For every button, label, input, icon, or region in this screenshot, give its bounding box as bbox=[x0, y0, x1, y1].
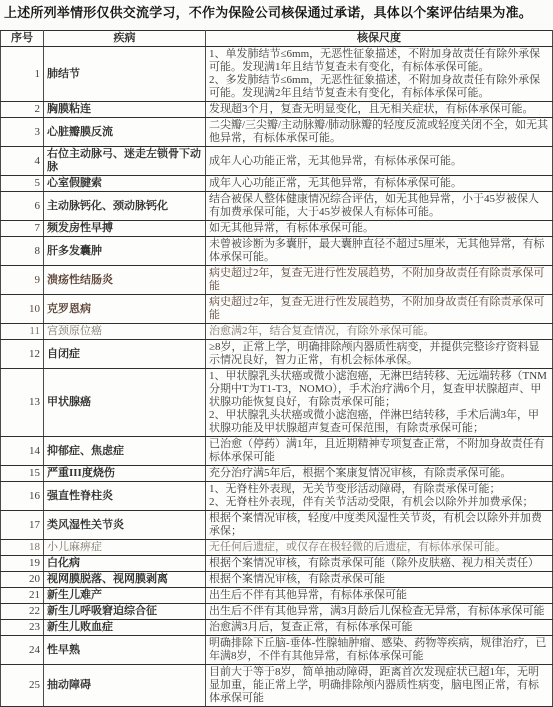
disease-name: 溃疡性结肠炎 bbox=[44, 266, 206, 295]
table-row: 4右位主动脉弓、迷走左锁骨下动脉成年人心功能正常，无其他异常，有标体承保可能。 bbox=[1, 147, 553, 176]
row-serial-number: 24 bbox=[1, 636, 44, 665]
underwriting-criteria: 病史超过2年，复查无进行性发展趋势，不附加身故责任有除责承保可能 bbox=[206, 266, 553, 295]
row-serial-number: 19 bbox=[1, 556, 44, 572]
row-serial-number: 15 bbox=[1, 466, 44, 482]
table-row: 17类风湿性关节炎根据个案情况审核，轻度/中度类风湿性关节炎，有机会以除外并加费… bbox=[1, 511, 553, 540]
disease-name: 强直性脊柱炎 bbox=[44, 482, 206, 511]
table-row: 14抑郁症、焦虑症已治愈（停药）满1年，且近期精神专项复查正常，不附加身故责任有… bbox=[1, 437, 553, 466]
table-row: 18小儿麻痹症无任何后遗症，或仅存在极轻微的后遗症，有标体承保可能。 bbox=[1, 540, 553, 556]
table-row: 1肺结节1、单发肺结节≤6mm，无恶性征象描述，不附加身故责任有除外承保可能。发… bbox=[1, 47, 553, 102]
underwriting-criteria: 充分治疗满5年后，根据个案康复情况审核，有除责承保可能。 bbox=[206, 466, 553, 482]
table-row: 19白化病根据个案情况审核，有除责承保可能（除外皮肤癌、视力相关责任） bbox=[1, 556, 553, 572]
disease-name: 新生儿败血症 bbox=[44, 620, 206, 636]
disease-name: 肝多发囊肿 bbox=[44, 237, 206, 266]
disease-name: 心室假腱索 bbox=[44, 176, 206, 192]
table-row: 13甲状腺癌1、甲状腺乳头状癌或微小滤泡癌，无淋巴结转移、无远端转移（TNM分期… bbox=[1, 369, 553, 437]
row-serial-number: 3 bbox=[1, 118, 44, 147]
underwriting-criteria: 根据个案情况审核，轻度/中度类风湿性关节炎，有机会以除外并加费承保； bbox=[206, 511, 553, 540]
underwriting-criteria: 发现超3个月，复查无明显变化，且无相关症状，有标体承保可能。 bbox=[206, 102, 553, 118]
disease-name: 宫颈原位癌 bbox=[44, 324, 206, 340]
underwriting-criteria: 已治愈（停药）满1年，且近期精神专项复查正常，不附加身故责任有标体承保可能 bbox=[206, 437, 553, 466]
underwriting-criteria: 如无其他异常，有标体承保可能。 bbox=[206, 221, 553, 237]
disease-name: 小儿麻痹症 bbox=[44, 540, 206, 556]
document-page: 上述所列举情形仅供交流学习，不作为保险公司核保通过承诺，具体以个案评估结果为准。… bbox=[0, 0, 553, 707]
row-serial-number: 17 bbox=[1, 511, 44, 540]
disease-name: 主动脉钙化、颈动脉钙化 bbox=[44, 192, 206, 221]
underwriting-criteria: 出生后不伴有其他异常，有标体承保可能 bbox=[206, 588, 553, 604]
underwriting-criteria: 根据个案情况审核，有除责承保可能（除外皮肤癌、视力相关责任） bbox=[206, 556, 553, 572]
table-row: 15严重III度烧伤充分治疗满5年后，根据个案康复情况审核，有除责承保可能。 bbox=[1, 466, 553, 482]
underwriting-criteria: 无任何后遗症，或仅存在极轻微的后遗症，有标体承保可能。 bbox=[206, 540, 553, 556]
table-header-row: 序号 疾病 核保尺度 bbox=[1, 31, 553, 47]
row-serial-number: 7 bbox=[1, 221, 44, 237]
table-row: 23新生儿败血症治愈满3月后，复查正常，有标体承保可能 bbox=[1, 620, 553, 636]
underwriting-criteria: 根据个案情况审核，有除责承保可能 bbox=[206, 572, 553, 588]
table-row: 10克罗恩病病史超过2年，复查无进行性发展趋势，不附加身故责任有除责承保可能 bbox=[1, 295, 553, 324]
table-row: 8肝多发囊肿未曾被诊断为多囊肝，最大囊肿直径不超过5厘米，无其他异常，有标体承保… bbox=[1, 237, 553, 266]
underwriting-criteria: 结合被保人整体健康情况综合评估，如无其他异常，小于45岁被保人有加费承保可能，大… bbox=[206, 192, 553, 221]
underwriting-criteria: 未曾被诊断为多囊肝，最大囊肿直径不超过5厘米，无其他异常，有标体承保可能。 bbox=[206, 237, 553, 266]
row-serial-number: 21 bbox=[1, 588, 44, 604]
disease-name: 克罗恩病 bbox=[44, 295, 206, 324]
row-serial-number: 10 bbox=[1, 295, 44, 324]
underwriting-criteria: 治愈满3月后，复查正常，有标体承保可能 bbox=[206, 620, 553, 636]
col-header-underwriting-criteria: 核保尺度 bbox=[206, 31, 553, 47]
row-serial-number: 23 bbox=[1, 620, 44, 636]
disease-name: 类风湿性关节炎 bbox=[44, 511, 206, 540]
disease-name: 频发房性早搏 bbox=[44, 221, 206, 237]
row-serial-number: 6 bbox=[1, 192, 44, 221]
row-serial-number: 9 bbox=[1, 266, 44, 295]
underwriting-criteria: 治愈满2年，结合复查情况，有除外承保可能。 bbox=[206, 324, 553, 340]
table-row: 7频发房性早搏如无其他异常，有标体承保可能。 bbox=[1, 221, 553, 237]
col-header-serial-number: 序号 bbox=[1, 31, 44, 47]
row-serial-number: 2 bbox=[1, 102, 44, 118]
disease-name: 新生儿难产 bbox=[44, 588, 206, 604]
disease-name: 心脏瓣膜反流 bbox=[44, 118, 206, 147]
table-row: 20视网膜脱落、视网膜剥离根据个案情况审核，有除责承保可能 bbox=[1, 572, 553, 588]
disease-name: 性早熟 bbox=[44, 636, 206, 665]
underwriting-table: 序号 疾病 核保尺度 1肺结节1、单发肺结节≤6mm，无恶性征象描述，不附加身故… bbox=[0, 30, 553, 707]
underwriting-criteria: 1、无脊柱外表现，无关节变形活动障碍，有除责承保可能； 2、无脊柱外表现，伴有关… bbox=[206, 482, 553, 511]
disease-name: 抑郁症、焦虑症 bbox=[44, 437, 206, 466]
table-row: 11宫颈原位癌治愈满2年，结合复查情况，有除外承保可能。 bbox=[1, 324, 553, 340]
disease-name: 胸膜粘连 bbox=[44, 102, 206, 118]
table-row: 24性早熟明确排除下丘脑-垂体-性腺轴肿瘤、感染、药物等疾病，规律治疗，已年满8… bbox=[1, 636, 553, 665]
row-serial-number: 25 bbox=[1, 665, 44, 707]
disease-name: 严重III度烧伤 bbox=[44, 466, 206, 482]
row-serial-number: 22 bbox=[1, 604, 44, 620]
underwriting-criteria: 病史超过2年，复查无进行性发展趋势，不附加身故责任有除责承保可能 bbox=[206, 295, 553, 324]
disease-name: 白化病 bbox=[44, 556, 206, 572]
col-header-disease: 疾病 bbox=[44, 31, 206, 47]
table-row: 12自闭症≥8岁，正常上学，明确排除颅内器质性病变，并提供完整诊疗资料显示情况良… bbox=[1, 340, 553, 369]
row-serial-number: 1 bbox=[1, 47, 44, 102]
row-serial-number: 11 bbox=[1, 324, 44, 340]
underwriting-criteria: 出生后不伴有其他异常，满3月龄后儿保检查无异常，有标体承保可能 bbox=[206, 604, 553, 620]
underwriting-criteria: 成年人心功能正常，无其他异常，有标体承保可能。 bbox=[206, 147, 553, 176]
disease-name: 自闭症 bbox=[44, 340, 206, 369]
underwriting-criteria: 1、甲状腺乳头状癌或微小滤泡癌，无淋巴结转移、无远端转移（TNM分期中T为T1-… bbox=[206, 369, 553, 437]
disease-name: 视网膜脱落、视网膜剥离 bbox=[44, 572, 206, 588]
disease-name: 抽动障碍 bbox=[44, 665, 206, 707]
disclaimer-title: 上述所列举情形仅供交流学习，不作为保险公司核保通过承诺，具体以个案评估结果为准。 bbox=[0, 0, 553, 21]
disease-name: 肺结节 bbox=[44, 47, 206, 102]
row-serial-number: 5 bbox=[1, 176, 44, 192]
table-row: 2胸膜粘连发现超3个月，复查无明显变化，且无相关症状，有标体承保可能。 bbox=[1, 102, 553, 118]
row-serial-number: 4 bbox=[1, 147, 44, 176]
disease-name: 甲状腺癌 bbox=[44, 369, 206, 437]
table-row: 21新生儿难产出生后不伴有其他异常，有标体承保可能 bbox=[1, 588, 553, 604]
row-serial-number: 18 bbox=[1, 540, 44, 556]
row-serial-number: 12 bbox=[1, 340, 44, 369]
underwriting-criteria: 成年人心功能正常，无其他异常，有标体承保可能。 bbox=[206, 176, 553, 192]
underwriting-criteria: 1、单发肺结节≤6mm，无恶性征象描述，不附加身故责任有除外承保可能。发现满1年… bbox=[206, 47, 553, 102]
table-row: 22新生儿呼吸窘迫综合征出生后不伴有其他异常，满3月龄后儿保检查无异常，有标体承… bbox=[1, 604, 553, 620]
table-row: 16强直性脊柱炎1、无脊柱外表现，无关节变形活动障碍，有除责承保可能； 2、无脊… bbox=[1, 482, 553, 511]
row-serial-number: 13 bbox=[1, 369, 44, 437]
row-serial-number: 16 bbox=[1, 482, 44, 511]
underwriting-criteria: ≥8岁，正常上学，明确排除颅内器质性病变，并提供完整诊疗资料显示情况良好，智力正… bbox=[206, 340, 553, 369]
row-serial-number: 20 bbox=[1, 572, 44, 588]
underwriting-criteria: 明确排除下丘脑-垂体-性腺轴肿瘤、感染、药物等疾病，规律治疗，已年满8岁，不伴有… bbox=[206, 636, 553, 665]
row-serial-number: 14 bbox=[1, 437, 44, 466]
table-body: 1肺结节1、单发肺结节≤6mm，无恶性征象描述，不附加身故责任有除外承保可能。发… bbox=[1, 47, 553, 707]
underwriting-criteria: 目前大于等于8岁，简单抽动障碍，距离首次发现症状已超1年，无明显加重，能正常上学… bbox=[206, 665, 553, 707]
underwriting-criteria: 二尖瓣/三尖瓣/主动脉瓣/肺动脉瓣的轻度反流或轻度关闭不全，如无其他异常，有标体… bbox=[206, 118, 553, 147]
disease-name: 新生儿呼吸窘迫综合征 bbox=[44, 604, 206, 620]
table-row: 25抽动障碍目前大于等于8岁，简单抽动障碍，距离首次发现症状已超1年，无明显加重… bbox=[1, 665, 553, 707]
table-row: 5心室假腱索成年人心功能正常，无其他异常，有标体承保可能。 bbox=[1, 176, 553, 192]
disease-name: 右位主动脉弓、迷走左锁骨下动脉 bbox=[44, 147, 206, 176]
table-row: 9溃疡性结肠炎病史超过2年，复查无进行性发展趋势，不附加身故责任有除责承保可能 bbox=[1, 266, 553, 295]
table-row: 3心脏瓣膜反流二尖瓣/三尖瓣/主动脉瓣/肺动脉瓣的轻度反流或轻度关闭不全，如无其… bbox=[1, 118, 553, 147]
row-serial-number: 8 bbox=[1, 237, 44, 266]
table-row: 6主动脉钙化、颈动脉钙化结合被保人整体健康情况综合评估，如无其他异常，小于45岁… bbox=[1, 192, 553, 221]
